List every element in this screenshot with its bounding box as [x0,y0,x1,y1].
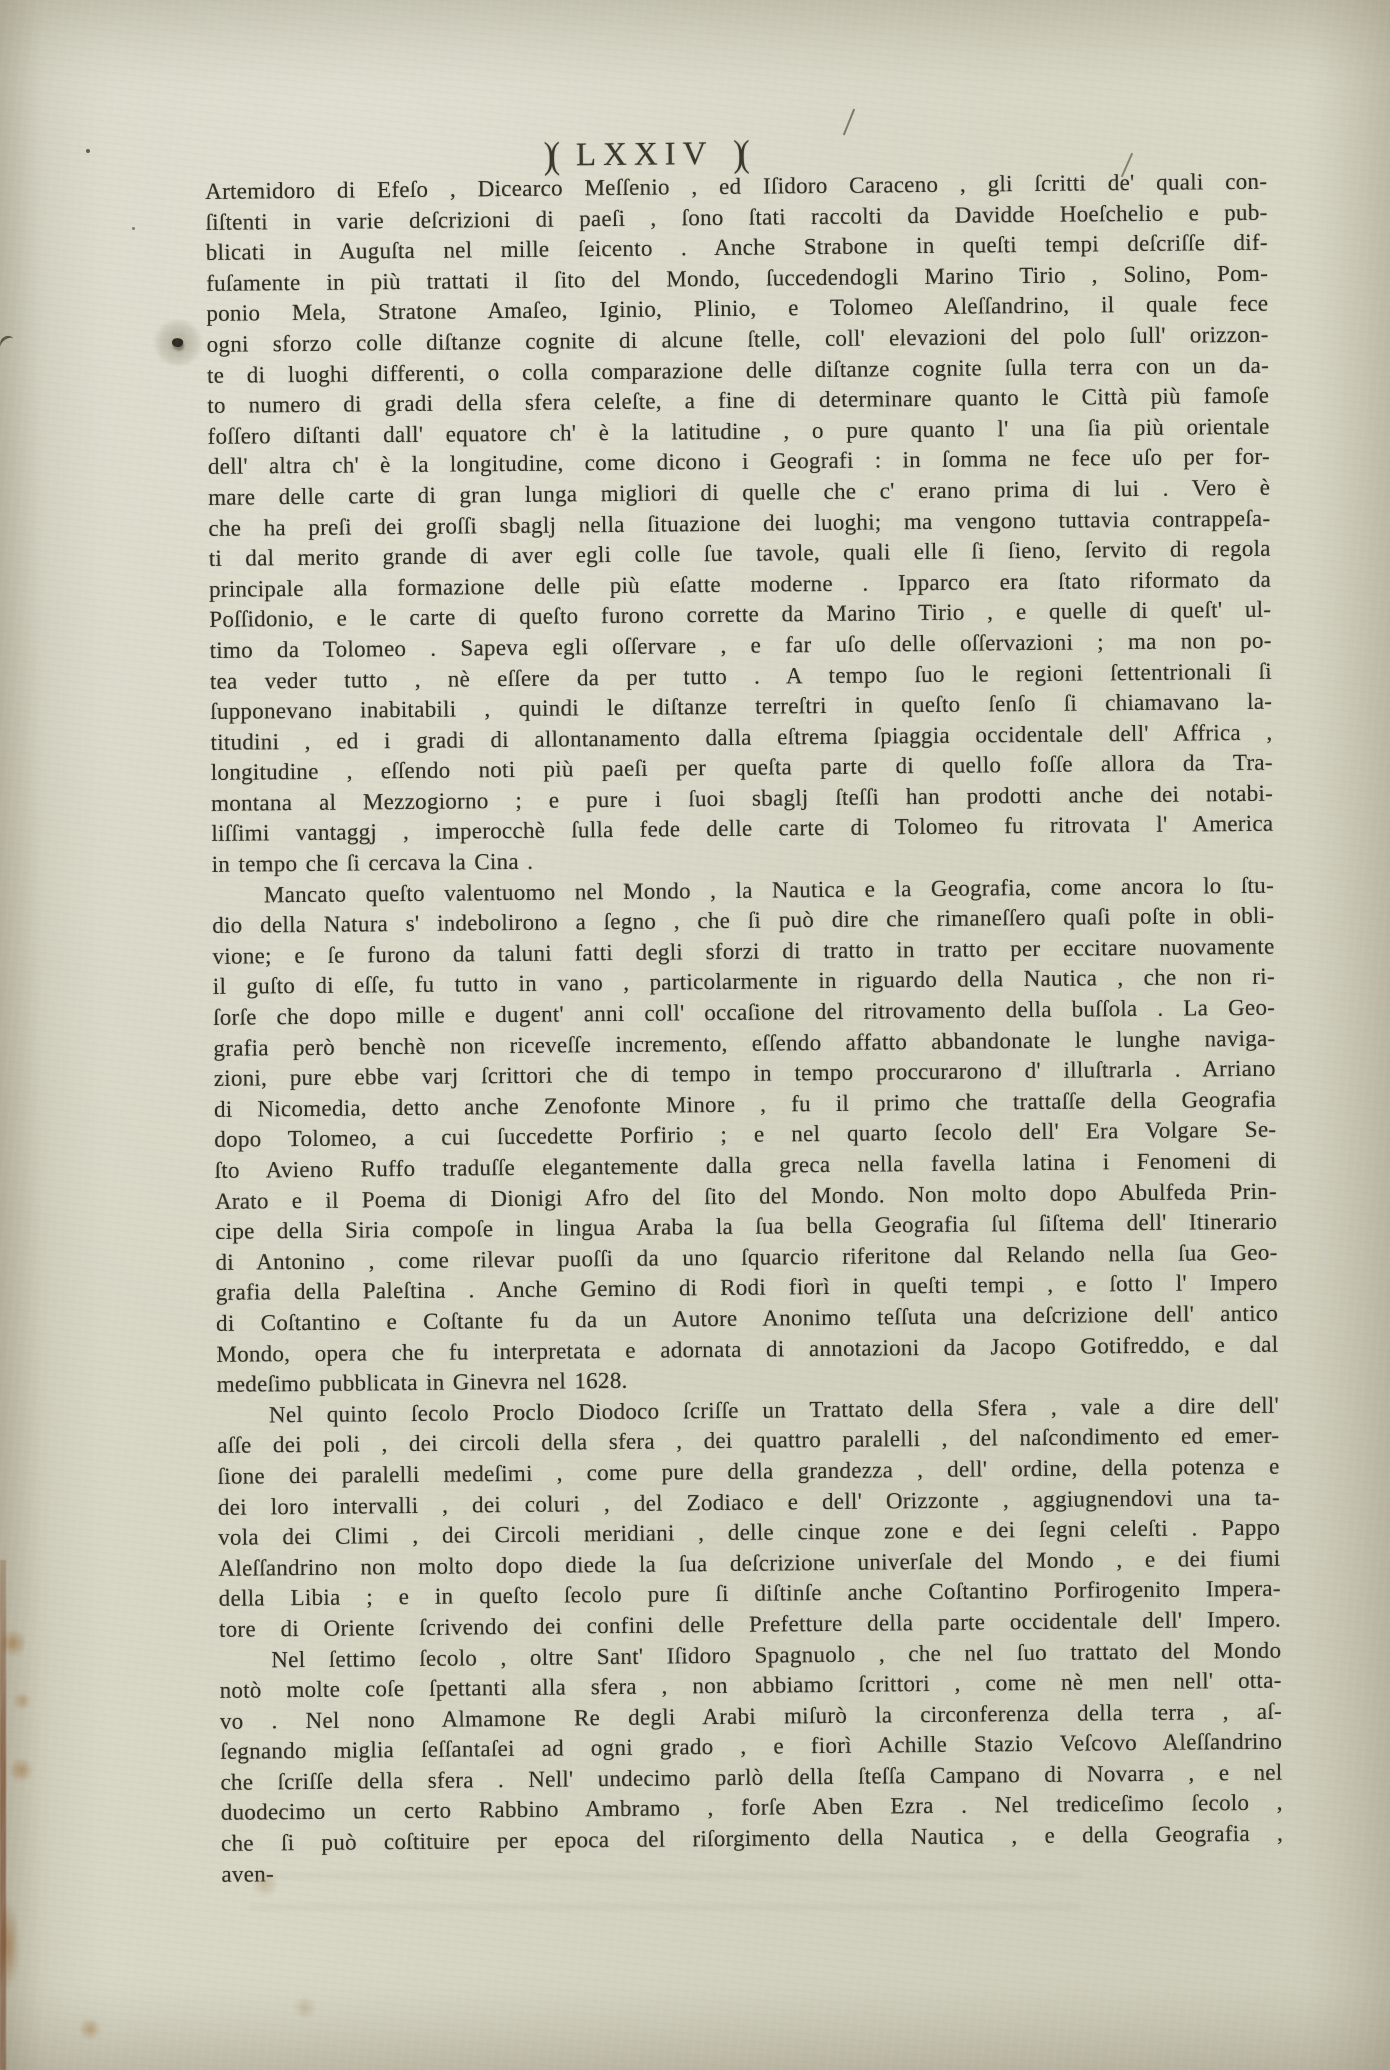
page-number: LXXIV [576,136,714,174]
scan-content: )( LXXIV )( Artemidoro di Efeſo , Dicear… [0,0,1390,2070]
header-left-mark: )( [544,135,556,178]
body-text: Artemidoro di Efeſo , Dicearco Meſſenio … [205,167,1283,1890]
page-header: )( LXXIV )( [544,136,746,175]
binding-edge [0,1560,6,2070]
header-right-mark: )( [733,133,745,176]
scanned-book-page: )( LXXIV )( Artemidoro di Efeſo , Dicear… [0,0,1390,2070]
